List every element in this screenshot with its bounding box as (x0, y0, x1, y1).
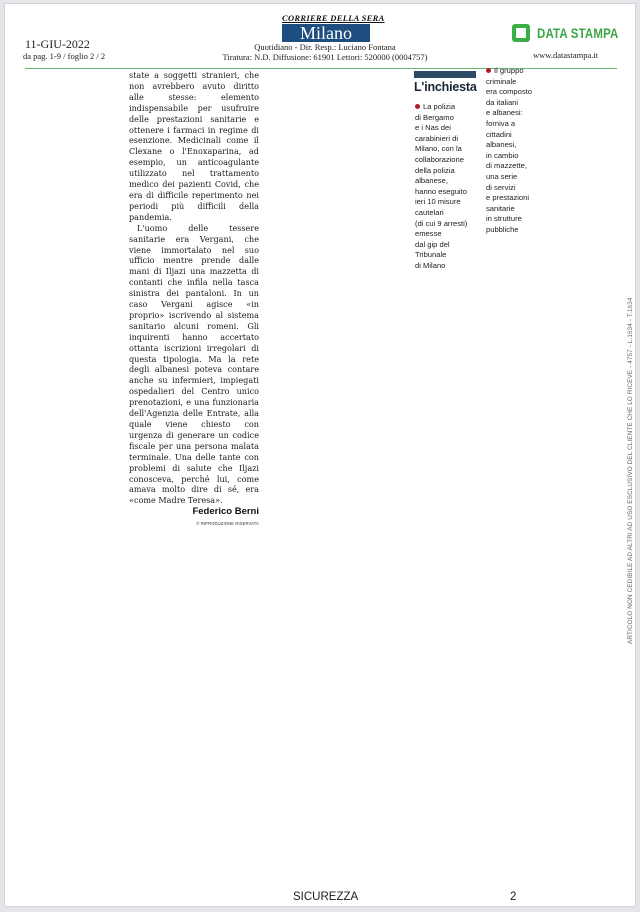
masthead-edition: Milano (282, 24, 370, 42)
article-paragraph: state a soggetti stranieri, che non avre… (129, 70, 259, 223)
publication-date: 11-GIU-2022 (25, 37, 90, 52)
brand-name: DATA STAMPA (537, 25, 619, 41)
page-number: 2 (510, 891, 516, 903)
masthead-title: CORRIERE DELLA SERA (282, 13, 370, 23)
section-label: SICUREZZA (293, 891, 358, 903)
author-byline: Federico Berni (129, 507, 259, 518)
newspaper-masthead: CORRIERE DELLA SERA Milano (282, 13, 370, 42)
page-range: da pag. 1-9 / foglio 2 / 2 (23, 51, 105, 61)
sidebox-column-group: Il gruppo criminale era composto da ital… (486, 66, 532, 236)
circulation-info: Tiratura: N.D. Diffusione: 61901 Lettori… (190, 52, 460, 62)
usage-restriction-note: ARTICOLO NON CEDIBILE AD ALTRI AD USO ES… (627, 297, 634, 644)
publication-info: Quotidiano - Dir. Resp.: Luciano Fontana (190, 42, 460, 52)
sidebox-title: L'inchiesta (414, 80, 477, 94)
article-paragraph: L'uomo delle tessere sanitarie era Verga… (129, 223, 259, 507)
sidebox-bar (414, 71, 476, 78)
brand-url: www.datastampa.it (533, 50, 598, 60)
red-bullet-icon (415, 104, 420, 109)
article-body: state a soggetti stranieri, che non avre… (129, 70, 259, 530)
data-stampa-logo: DATA STAMPA (512, 24, 636, 42)
sidebox-column-investigation: La polizia di Bergamo e i Nas dei carabi… (415, 102, 467, 272)
newspaper-clipping-page: 11-GIU-2022 da pag. 1-9 / foglio 2 / 2 C… (4, 3, 636, 907)
copyright-notice: © RIPRODUZIONE RISERVATA (129, 519, 259, 530)
data-stampa-square-icon (512, 24, 530, 42)
red-bullet-icon (486, 68, 491, 73)
